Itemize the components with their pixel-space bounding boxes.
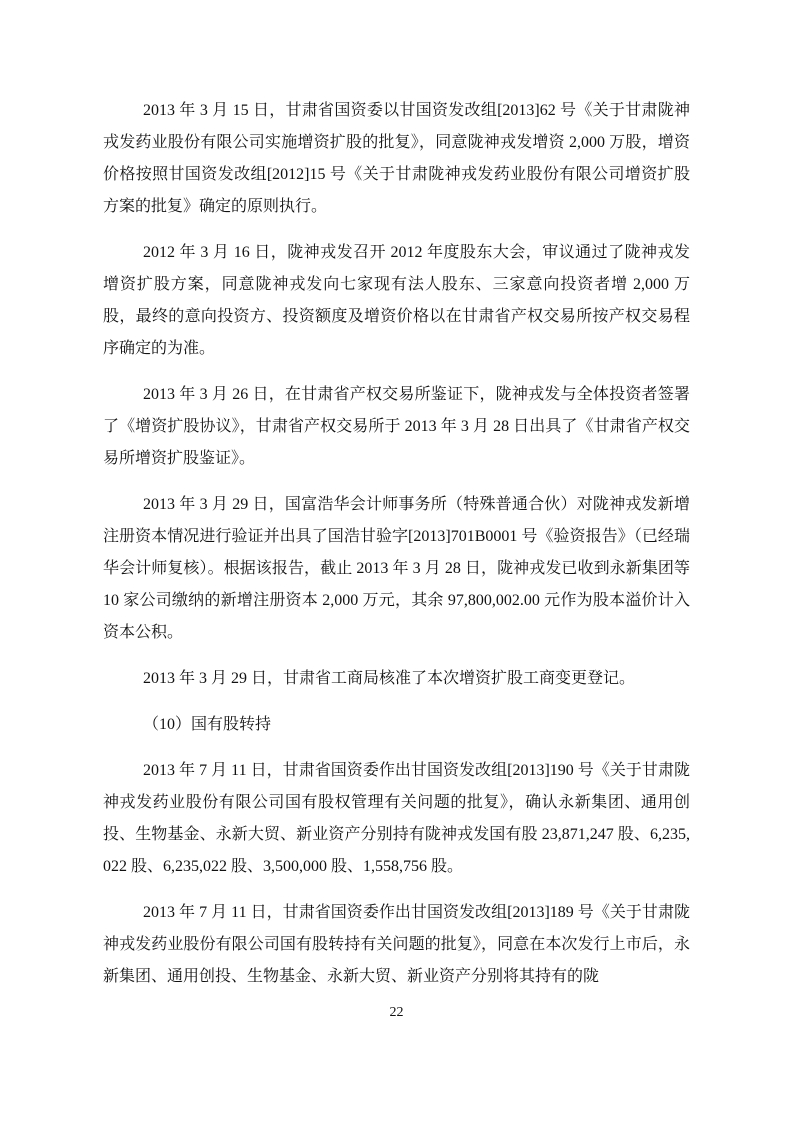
document-body: 2013 年 3 月 15 日，甘肃省国资委以甘国资发改组[2013]62 号《…: [103, 95, 690, 1007]
section-heading-state-owned-share-transfer: （10）国有股转持: [103, 709, 690, 741]
paragraph-shareholder-meeting: 2012 年 3 月 16 日，陇神戎发召开 2012 年度股东大会，审议通过了…: [103, 237, 690, 365]
paragraph-capital-increase-approval: 2013 年 3 月 15 日，甘肃省国资委以甘国资发改组[2013]62 号《…: [103, 95, 690, 223]
paragraph-capital-verification-report: 2013 年 3 月 29 日，国富浩华会计师事务所（特殊普通合伙）对陇神戎发新…: [103, 489, 690, 649]
paragraph-business-registration: 2013 年 3 月 29 日，甘肃省工商局核准了本次增资扩股工商变更登记。: [103, 663, 690, 695]
paragraph-state-owned-share-confirmation: 2013 年 7 月 11 日，甘肃省国资委作出甘国资发改组[2013]190 …: [103, 755, 690, 883]
document-page: 2013 年 3 月 15 日，甘肃省国资委以甘国资发改组[2013]62 号《…: [0, 0, 793, 1122]
paragraph-state-owned-share-transfer-approval: 2013 年 7 月 11 日，甘肃省国资委作出甘国资发改组[2013]189 …: [103, 897, 690, 993]
page-number: 22: [0, 1003, 793, 1023]
paragraph-equity-exchange-agreement: 2013 年 3 月 26 日，在甘肃省产权交易所鉴证下，陇神戎发与全体投资者签…: [103, 379, 690, 475]
